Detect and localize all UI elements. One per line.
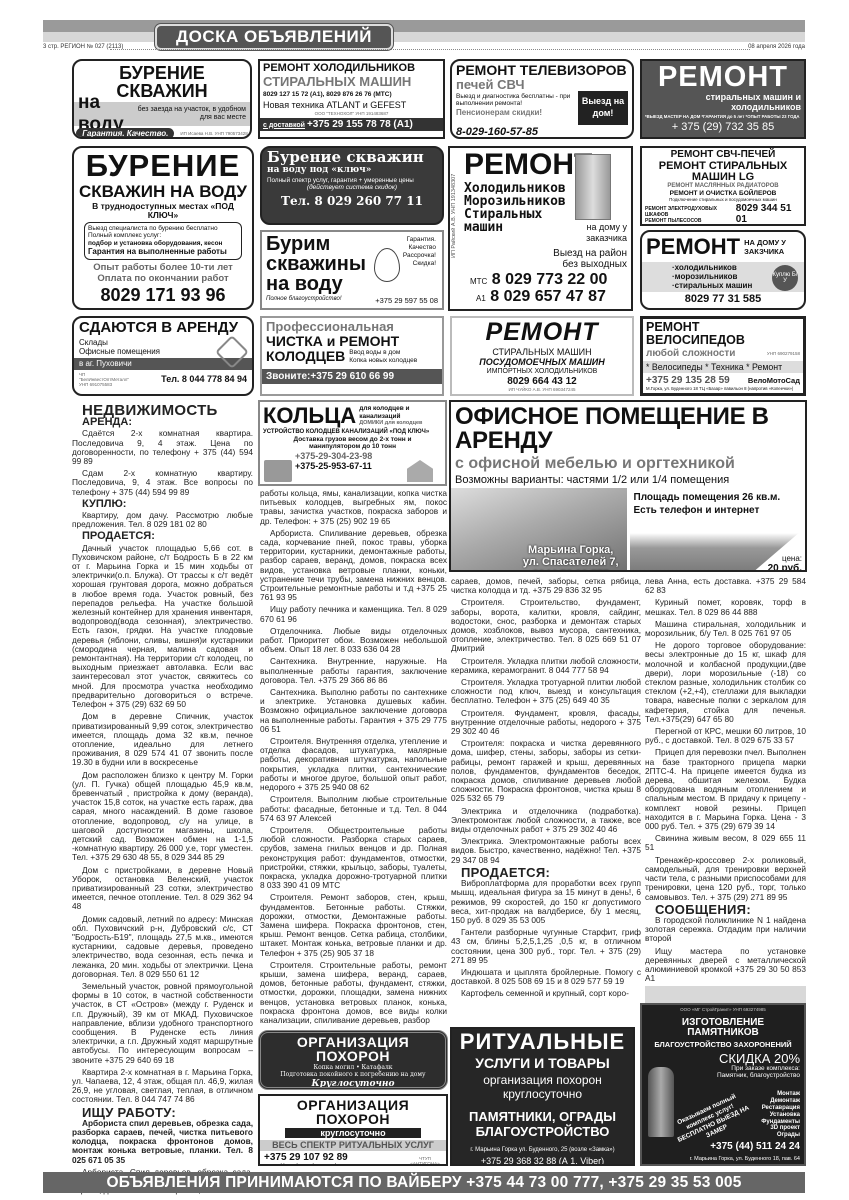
subsection-heading: ПРОДАЕТСЯ: bbox=[82, 532, 253, 541]
ad-phone: +375 29 597 55 08 bbox=[375, 296, 438, 305]
ad-line: * Велосипеды * Техника * Ремонт bbox=[643, 361, 803, 373]
ad-washer-dishwasher-repair: РЕМОНТ СТИРАЛЬНЫХ МАШИН ПОСУДОМОЕЧНЫХ МА… bbox=[450, 316, 634, 396]
service-item: Установка bbox=[761, 1112, 800, 1119]
column-3: сараев, домов, печей, заборы, сетка ряби… bbox=[451, 577, 641, 1002]
ad-well-drilling: Бурим скважины на воду Гарантия. Качеств… bbox=[260, 230, 444, 310]
service-item: Монтаж bbox=[761, 1091, 800, 1098]
classified-item: Дом расположен близко к центру М. Горки … bbox=[72, 771, 253, 863]
section-heading: СООБЩЕНИЯ: bbox=[655, 905, 806, 914]
classified-item: Строителя. Внутренняя отделка, утепление… bbox=[260, 737, 447, 792]
ad-subtitle-2: ДОМИКИ для колодцев bbox=[359, 420, 442, 426]
ad-well-cleaning: Профессиональная ЧИСТКА и РЕМОНТ КОЛОДЦЕ… bbox=[260, 316, 444, 396]
classified-item: Дачный участок площадью 5,66 сот. в Пухо… bbox=[72, 544, 253, 710]
classified-item: Виброплатформа для проработки всех групп… bbox=[451, 879, 641, 925]
classified-item: Картофель семенной и крупный, сорт коро- bbox=[451, 989, 641, 998]
classified-item: Арбориста. Спиливание деревьев, обрезка … bbox=[260, 529, 447, 603]
classified-item: Электрика. Электромонтажные работы всех … bbox=[451, 837, 641, 865]
ad-phone: Тел. 8 029 260 77 11 bbox=[267, 194, 437, 208]
fridge-image bbox=[575, 154, 611, 220]
truck-icon bbox=[264, 460, 292, 482]
classified-item-bold: Арбориста спил деревьев, обрезка сада, р… bbox=[72, 1119, 253, 1165]
ad-line: РЕМОНТ И ОЧИСТКА БОЙЛЕРОВ bbox=[645, 190, 801, 197]
office-photo-1: Марьина Горка, ул. Спасателей 7, 8044 73… bbox=[451, 488, 627, 572]
ad-text: Возможны варианты: частями 1/2 или 1/4 п… bbox=[451, 472, 805, 487]
price-value: 20 руб. bbox=[735, 563, 802, 572]
ad-ritual-services: РИТУАЛЬНЫЕ УСЛУГИ И ТОВАРЫ организация п… bbox=[450, 1027, 635, 1166]
classified-item: Земельный участок, ровной прямоугольной … bbox=[72, 982, 253, 1065]
classified-item: Строителя. Строительство, фундамент, заб… bbox=[451, 598, 641, 653]
ad-address: г. Марьина Горка ул. Буденного, 25 (возл… bbox=[452, 1147, 633, 1154]
ad-phone: 8029 664 43 12 bbox=[452, 376, 632, 387]
ad-title-2: РЕМОНТ СТИРАЛЬНЫХ МАШИН LG bbox=[645, 161, 801, 183]
ad-phone: 8029 344 51 01 bbox=[736, 203, 801, 225]
ad-reg: ИП Исаева Н.В. УНП 790573428 bbox=[180, 131, 247, 136]
column-4: лева Анна, есть доставка. +375 29 584 62… bbox=[645, 577, 806, 1058]
subsection-heading: АРЕНДА: bbox=[82, 418, 253, 427]
ad-text: без заезда на участок, в удобном для вас… bbox=[134, 106, 246, 122]
classified-item: Строителя: покраска и чистка деревянного… bbox=[451, 739, 641, 803]
discount-text: СКИДКА 20% bbox=[646, 1052, 800, 1065]
ad-reg: ООО «МГ СтройГранит» УНП 693274985 bbox=[646, 1007, 800, 1012]
service-item: 3D проект bbox=[761, 1125, 800, 1132]
ad-title-3: на воду bbox=[266, 274, 438, 294]
ad-text: *ВЫЕЗД МАСТЕР НА ДОМ *ГАРАНТИЯ до 5 лет … bbox=[645, 115, 801, 120]
ad-subtitle: с офисной мебелью и оргтехникой bbox=[451, 453, 805, 472]
ad-subtitle: СТИРАЛЬНЫХ МАШИН bbox=[263, 75, 440, 88]
ad-line: Полный комплекс услуг: bbox=[88, 232, 238, 239]
classified-item: Строителя. Общестроительные работы любой… bbox=[260, 826, 447, 890]
ad-tv-repair: РЕМОНТ ТЕЛЕВИЗОРОВ печей СВЧ Выезд и диа… bbox=[450, 59, 634, 139]
ad-phone: +375 (44) 511 24 24 bbox=[710, 1141, 800, 1152]
classified-item: Квартиру, дом дачу. Рассмотрю любые пред… bbox=[72, 511, 253, 529]
section-heading: ПРОДАЕТСЯ: bbox=[461, 868, 641, 877]
classified-item: Индюшата и цыплята бройлерные. Помогу с … bbox=[451, 968, 641, 986]
ad-line: ВЕСЬ СПЕКТР РИТУАЛЬНЫХ УСЛУГ bbox=[260, 1140, 446, 1150]
ad-phones: 8029 127 15 72 (А1), 8029 876 26 76 (МТС… bbox=[263, 91, 440, 98]
classified-item: Дом с пристройками, в деревне Новый Убор… bbox=[72, 866, 253, 912]
price-label: цена: bbox=[735, 554, 802, 563]
ad-reg: ООО "ТЕХНОХОЛ" УНП 191483687 bbox=[263, 111, 440, 116]
ad-subtitle: НА ДОМУ У ЗАКЗЧИКА bbox=[744, 238, 800, 256]
classified-item: Прицеп для перевозки пчел. Выполнен на б… bbox=[645, 748, 806, 831]
ad-title: РЕМОНТ bbox=[646, 234, 740, 260]
ad-title: РЕМОНТ ВЕЛОСИПЕДОВ bbox=[646, 321, 800, 346]
ad-phone-label: МТС bbox=[470, 277, 487, 286]
ad-well-rings: КОЛЬЦА для колодцев и канализацийДОМИКИ … bbox=[258, 400, 447, 486]
classified-item: Электрика и отделочника (подработка). Эл… bbox=[451, 807, 641, 835]
ad-reg: УНП 690279158 bbox=[767, 351, 800, 356]
ad-line: организация похорон bbox=[452, 1074, 633, 1088]
classified-item: Ищу мастера по установке деревянных двер… bbox=[645, 947, 806, 984]
service-item: Ограды bbox=[761, 1132, 800, 1139]
subsection-heading: КУПЛЮ: bbox=[82, 500, 253, 509]
service-item: Демонтаж bbox=[761, 1098, 800, 1105]
ad-subtitle: УСЛУГИ И ТОВАРЫ bbox=[452, 1056, 633, 1070]
ad-line: РЕМОНТ МАСЛЯННЫХ РАДИАТОРОВ bbox=[645, 183, 801, 190]
column-1: НЕДВИЖИМОСТЬ АРЕНДА: Сдаётся 2-х комнатн… bbox=[72, 404, 253, 1198]
classified-item: Не дорого торговое оборудование: весы эл… bbox=[645, 641, 806, 724]
ad-home-repair: РЕМОНТ НА ДОМУ У ЗАКЗЧИКА ·холодильников… bbox=[640, 230, 806, 310]
ad-title: ИЗГОТОВЛЕНИЕ ПАМЯТНИКОВ bbox=[646, 1018, 800, 1038]
ad-bullet: Ввод воды в дом bbox=[349, 349, 417, 356]
ad-phone: Звоните:+375 29 610 66 99 bbox=[262, 369, 442, 384]
ad-trip: Выезд на район без выходных bbox=[537, 248, 627, 270]
ad-subtitle: СКВАЖИН НА ВОДУ bbox=[79, 183, 247, 200]
classified-item: Строителя. Укладка плитки любой сложност… bbox=[451, 657, 641, 675]
ad-title-3: КОЛОДЦЕВ bbox=[266, 348, 345, 364]
ad-line: круглосуточно bbox=[285, 1128, 421, 1138]
ad-phone: +375 29 155 78 78 (А1) bbox=[307, 119, 413, 130]
classified-item: Перегной от КРС, мешки 60 литров, 10 руб… bbox=[645, 727, 806, 745]
classified-item: Гантели разборные чугунные Старфит, гриф… bbox=[451, 928, 641, 965]
ad-title: РЕМОНТ bbox=[645, 63, 801, 92]
ad-line: БЛАГОУСТРОЙСТВО bbox=[452, 1125, 633, 1140]
header-divider bbox=[110, 49, 750, 50]
ad-title: СДАЮТСЯ В АРЕНДУ bbox=[79, 320, 247, 335]
service-item: Фундаменты bbox=[761, 1119, 800, 1126]
ad-slogan: Полное благоустройство! bbox=[266, 296, 342, 305]
classified-item: Куриный помет, коровяк, торф в мешках. Т… bbox=[645, 598, 806, 616]
classified-item: Домик садовый, летний по адресу: Минская… bbox=[72, 915, 253, 979]
classified-item: Строителя. Фундамент, кровля, фасады, вн… bbox=[451, 709, 641, 737]
issue-date: 08 апреля 2026 года bbox=[748, 44, 805, 50]
ad-brand: Новая техника ATLANT и GEFEST bbox=[263, 100, 440, 110]
ad-title: РИТУАЛЬНЫЕ bbox=[452, 1031, 633, 1053]
ad-reg: ЧП "БелИнвестОптМеталл" УНП 691075583 bbox=[79, 372, 129, 387]
ad-phone: 8 029 657 47 87 bbox=[490, 288, 606, 305]
ad-address: ул. Спасателей 7, bbox=[523, 556, 619, 569]
ad-subtitle: печей СВЧ bbox=[456, 78, 628, 91]
ad-phone: 8029 77 31 585 bbox=[642, 293, 804, 305]
ad-line: Оплата по окончании работ bbox=[79, 274, 247, 285]
ad-line: ПОСУДОМОЕЧНЫХ МАШИН bbox=[452, 357, 632, 367]
office-photo-2: Площадь помещения 26 кв.м. Есть телефон … bbox=[630, 488, 806, 572]
ad-phone: 8-029-160-57-85 bbox=[456, 126, 628, 138]
ad-drilling-key: Бурение скважин на воду под «ключ» Полны… bbox=[260, 146, 444, 225]
ad-phone: 8044 73 00 777 bbox=[523, 569, 619, 572]
ad-phone-label: А1 bbox=[476, 294, 486, 303]
ad-title: ОРГАНИЗАЦИЯ ПОХОРОН bbox=[260, 1098, 446, 1126]
classified-item: Дом в деревне Спичник, участок приватизи… bbox=[72, 712, 253, 767]
ad-title-2: ЧИСТКА и РЕМОНТ bbox=[266, 334, 438, 348]
classified-item: Отделочника. Любые виды отделочных работ… bbox=[260, 627, 447, 655]
ad-phone: +375 29 135 28 59 bbox=[646, 375, 730, 386]
ad-reg: ЧТУП «АНТИГОНА» УНП 690617843 bbox=[408, 1156, 442, 1166]
ad-line: (действует система скидок) bbox=[267, 184, 437, 191]
section-heading: НЕДВИЖИМОСТЬ bbox=[82, 406, 253, 415]
ad-home: на дому у заказчика bbox=[557, 222, 627, 244]
buy-used-badge: Куплю Б/У bbox=[772, 265, 798, 291]
classified-item: сараев, домов, печей, заборы, сетка ряби… bbox=[451, 577, 641, 595]
classified-item: Машина стиральная, холодильник и морозил… bbox=[645, 620, 806, 638]
section-heading: ИЩУ РАБОТУ: bbox=[82, 1108, 253, 1117]
ad-bicycle-repair: РЕМОНТ ВЕЛОСИПЕДОВ любой сложности УНП 6… bbox=[640, 316, 806, 396]
ad-phone: +375 29 368 32 88 (А 1. Viber) bbox=[452, 1156, 633, 1166]
water-drop-icon bbox=[374, 248, 400, 282]
ad-line: Круглосуточно bbox=[261, 1079, 445, 1089]
ad-title: БУРЕНИЕ bbox=[79, 150, 247, 181]
ad-drilling-1: БУРЕНИЕ СКВАЖИН на воду без заезда на уч… bbox=[72, 59, 252, 139]
page-title: ДОСКА ОБЪЯВЛЕНИЙ bbox=[155, 24, 393, 50]
classified-item: Ищу работу печника и каменщика. Тел. 8 0… bbox=[260, 605, 447, 623]
ad-title: РЕМОНТ bbox=[452, 320, 632, 345]
ad-promo: Пенсионерам скидки! bbox=[456, 108, 575, 117]
tv-image: Выезд на дом! bbox=[578, 91, 628, 125]
ad-line: УСТРОЙСТВО КОЛОДЦЕВ КАНАЛИЗАЦИЙ «ПОД КЛЮ… bbox=[263, 429, 442, 436]
ad-subtitle: любой сложности bbox=[646, 348, 735, 359]
ad-subtitle: стиральных машин и холодильников bbox=[645, 92, 801, 113]
ad-title: РЕМОНТ ТЕЛЕВИЗОРОВ bbox=[456, 63, 628, 77]
ad-monuments: ООО «МГ СтройГранит» УНП 693274985 ИЗГОТ… bbox=[640, 1003, 806, 1166]
ad-line: СТИРАЛЬНЫХ МАШИН bbox=[452, 347, 632, 357]
ad-phone: + 375 (29) 732 35 85 bbox=[645, 121, 801, 133]
classified-item: работы кольца, ямы, канализации, копка ч… bbox=[260, 489, 447, 526]
classified-item: Сдаётся 2-х комнатная квартира. Последов… bbox=[72, 429, 253, 466]
ad-line: Гарантия на выполненные работы bbox=[88, 247, 238, 256]
ad-microwave-repair: РЕМОНТ СВЧ-ПЕЧЕЙ РЕМОНТ СТИРАЛЬНЫХ МАШИН… bbox=[640, 146, 806, 226]
ad-fridge-repair-atlant: РЕМОНТ ХОЛОДИЛЬНИКОВ СТИРАЛЬНЫХ МАШИН 80… bbox=[258, 59, 445, 139]
ad-office-rent: ОФИСНОЕ ПОМЕЩЕНИЕ В АРЕНДУ с офисной меб… bbox=[449, 400, 807, 572]
ad-line: круглосуточно bbox=[452, 1088, 633, 1102]
ad-delivery: с доставкой bbox=[263, 122, 305, 129]
ad-brand: ВелоМотоСад bbox=[748, 376, 800, 385]
ad-badge: Гарантия. Качество. bbox=[76, 128, 174, 139]
ad-bullet: Копка новых колодцев bbox=[349, 357, 417, 364]
ad-title: Бурение скважин bbox=[267, 150, 437, 165]
ad-fridge-repair-home: ИП Райский А.В. УНП 191348307 РЕМОНТ Хол… bbox=[448, 146, 633, 311]
ad-internet: Есть телефон и интернет bbox=[630, 503, 806, 517]
ad-rent-warehouse: СДАЮТСЯ В АРЕНДУ Склады Офисные помещени… bbox=[72, 316, 254, 396]
ad-title: ОФИСНОЕ ПОМЕЩЕНИЕ В АРЕНДУ bbox=[451, 402, 805, 453]
classified-item: Строителя. Строительные работы, ремонт к… bbox=[260, 961, 447, 1025]
ad-funeral-2: ОРГАНИЗАЦИЯ ПОХОРОН круглосуточно ВЕСЬ С… bbox=[258, 1094, 448, 1166]
classified-item: Строителя. Выполним любые строительные р… bbox=[260, 795, 447, 823]
classified-item: Строителя. Ремонт заборов, стен, крыш, ф… bbox=[260, 893, 447, 957]
classified-item: Тренажёр-кроссовер 2-х роликовый, самоде… bbox=[645, 856, 806, 902]
ad-line: подбор и установка оборудования, кесон bbox=[88, 240, 238, 247]
ad-address: г. Марьина Горка, ул. Буденного 18, пав.… bbox=[690, 1156, 800, 1162]
ad-drilling-2: БУРЕНИЕ СКВАЖИН НА ВОДУ В труднодоступны… bbox=[72, 146, 254, 310]
classified-item: В городской поликлинике N 1 найдена золо… bbox=[645, 916, 806, 944]
price-tag: цена: 20 руб. за кв.м. bbox=[735, 528, 805, 572]
classified-item: Свинина живым весом, 8 029 655 11 51 bbox=[645, 834, 806, 852]
ad-line: ПАМЯТНИКИ, ОГРАДЫ bbox=[452, 1110, 633, 1125]
classified-item: Строителя. Укладка тротуарной плитки люб… bbox=[451, 678, 641, 706]
ad-area: Площадь помещения 26 кв.м. bbox=[630, 488, 806, 504]
ad-subtitle: БЛАГОУСТРОЙСТВО ЗАХОРОНЕНИЙ bbox=[646, 1041, 800, 1049]
ad-washer-repair: РЕМОНТ стиральных машин и холодильников … bbox=[640, 59, 806, 139]
ad-line: ИМПОРТНЫХ ХОЛОДИЛЬНИКОВ bbox=[452, 368, 632, 376]
ad-line: Опыт работы более 10-ти лет bbox=[79, 263, 247, 274]
ad-title: Профессиональная bbox=[266, 320, 438, 333]
classified-item: Квартира 2-х комнатная в г. Марьина Горк… bbox=[72, 1068, 253, 1105]
classified-item: Сдам 2-х комнатную квартиру. Последовича… bbox=[72, 469, 253, 497]
ad-address: М.Горка, ул. Буденного 18 ТЦ «Базар» пав… bbox=[646, 387, 800, 392]
ad-title: РЕМОНТ ХОЛОДИЛЬНИКОВ bbox=[263, 63, 440, 74]
service-item: Реставрация bbox=[761, 1105, 800, 1112]
ad-title: ОРГАНИЗАЦИЯ ПОХОРОН bbox=[261, 1035, 445, 1063]
ad-reg: ИП ЧУЙКО А.В. УНП 690347245 bbox=[452, 387, 632, 392]
classified-item: лева Анна, есть доставка. +375 29 584 62… bbox=[645, 577, 806, 595]
ad-title: РЕМОНТ СВЧ-ПЕЧЕЙ bbox=[645, 150, 801, 160]
ad-side-text: Гарантия. Качество Рассрочка! Скидка! bbox=[396, 236, 436, 268]
ad-address: Марьина Горка, bbox=[523, 544, 619, 557]
website-link[interactable]: Сайт ritual-opt.by bbox=[264, 1163, 348, 1166]
ad-subtitle: на воду под «ключ» bbox=[267, 166, 437, 175]
classified-item: Сантехника. Внутренние, наружные. На вып… bbox=[260, 657, 447, 685]
ad-phone: 8029 171 93 96 bbox=[79, 285, 247, 306]
ad-phone: Тел. 8 044 778 84 94 bbox=[161, 374, 247, 384]
ad-line: РЕМОНТ ПЫЛЕСОСОВ bbox=[645, 219, 736, 225]
ad-phone: 8 029 773 22 00 bbox=[492, 271, 608, 288]
classified-item: Сантехника. Выполню работы по сантехнике… bbox=[260, 688, 447, 734]
footer-banner: ОБЪЯВЛЕНИЯ ПРИНИМАЮТСЯ ПО ВАЙБЕРУ +375 4… bbox=[43, 1172, 805, 1193]
ad-funeral-1: ОРГАНИЗАЦИЯ ПОХОРОН Копка могил • Катафа… bbox=[258, 1030, 448, 1090]
ad-line: Доставка грузов весом до 2-х тонн и мани… bbox=[263, 436, 442, 451]
column-2: работы кольца, ямы, канализации, копка ч… bbox=[260, 489, 447, 1028]
ad-title: КОЛЬЦА bbox=[263, 403, 356, 429]
ad-subtitle-2: В труднодоступных местах «ПОД КЛЮЧ» bbox=[79, 202, 247, 219]
ad-text: Выезд и диагностика бесплатны - при выпо… bbox=[456, 93, 575, 108]
ad-line: Подготовка покойного к погребению на дом… bbox=[261, 1072, 445, 1079]
ad-reg: ИП Райский А.В. УНП 191348307 bbox=[451, 174, 457, 258]
ad-subtitle: для колодцев и канализаций bbox=[359, 405, 442, 420]
ad-phone: +375 29 107 92 89 bbox=[264, 1152, 348, 1164]
